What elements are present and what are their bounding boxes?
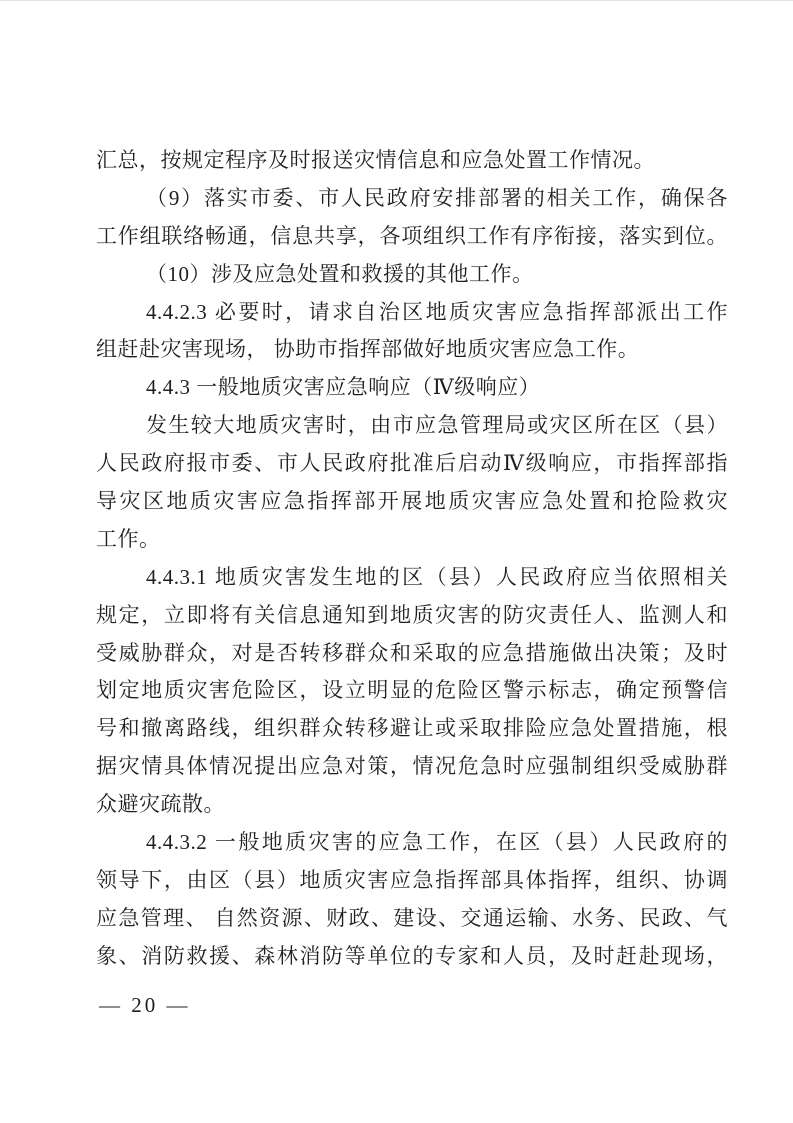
body-line: 汇总，按规定程序及时报送灾情信息和应急处置工作情况。 xyxy=(96,142,728,180)
body-line: 工作。 xyxy=(96,521,728,559)
body-line: （10）涉及应急处置和救援的其他工作。 xyxy=(96,256,728,294)
section-4-4-2-3-line: 4.4.2.3 必要时，请求自治区地质灾害应急指挥部派出工作 xyxy=(96,294,728,332)
section-4-4-3-heading: 4.4.3 一般地质灾害应急响应（Ⅳ级响应） xyxy=(96,369,728,407)
body-line: 组赶赴灾害现场， 协助市指挥部做好地质灾害应急工作。 xyxy=(96,331,728,369)
document-body: 汇总，按规定程序及时报送灾情信息和应急处置工作情况。 （9）落实市委、市人民政府… xyxy=(96,142,728,976)
section-4-4-3-2-line: 4.4.3.2 一般地质灾害的应急工作，在区（县）人民政府的 xyxy=(96,824,728,862)
body-line: 发生较大地质灾害时，由市应急管理局或灾区所在区（县） xyxy=(96,407,728,445)
body-line: 工作组联络畅通，信息共享，各项组织工作有序衔接，落实到位。 xyxy=(96,218,728,256)
page-number: — 20 — xyxy=(99,991,191,1019)
body-line: （9）落实市委、市人民政府安排部署的相关工作，确保各 xyxy=(96,180,728,218)
body-line: 受威胁群众，对是否转移群众和采取的应急措施做出决策；及时 xyxy=(96,635,728,673)
section-4-4-3-1-line: 4.4.3.1 地质灾害发生地的区（县）人民政府应当依照相关 xyxy=(96,559,728,597)
body-line: 号和撤离路线，组织群众转移避让或采取排险应急处置措施，根 xyxy=(96,710,728,748)
body-line: 应急管理、 自然资源、财政、建设、交通运输、水务、民政、气 xyxy=(96,900,728,938)
body-line: 众避灾疏散。 xyxy=(96,786,728,824)
body-line: 领导下，由区（县）地质灾害应急指挥部具体指挥，组织、协调 xyxy=(96,862,728,900)
document-page: 汇总，按规定程序及时报送灾情信息和应急处置工作情况。 （9）落实市委、市人民政府… xyxy=(0,0,793,1123)
body-line: 划定地质灾害危险区，设立明显的危险区警示标志，确定预警信 xyxy=(96,672,728,710)
body-line: 导灾区地质灾害应急指挥部开展地质灾害应急处置和抢险救灾 xyxy=(96,483,728,521)
body-line: 规定，立即将有关信息通知到地质灾害的防灾责任人、监测人和 xyxy=(96,597,728,635)
body-line: 象、消防救援、森林消防等单位的专家和人员，及时赶赴现场， xyxy=(96,938,728,976)
body-line: 据灾情具体情况提出应急对策，情况危急时应强制组织受威胁群 xyxy=(96,748,728,786)
body-line: 人民政府报市委、市人民政府批准后启动Ⅳ级响应，市指挥部指 xyxy=(96,445,728,483)
